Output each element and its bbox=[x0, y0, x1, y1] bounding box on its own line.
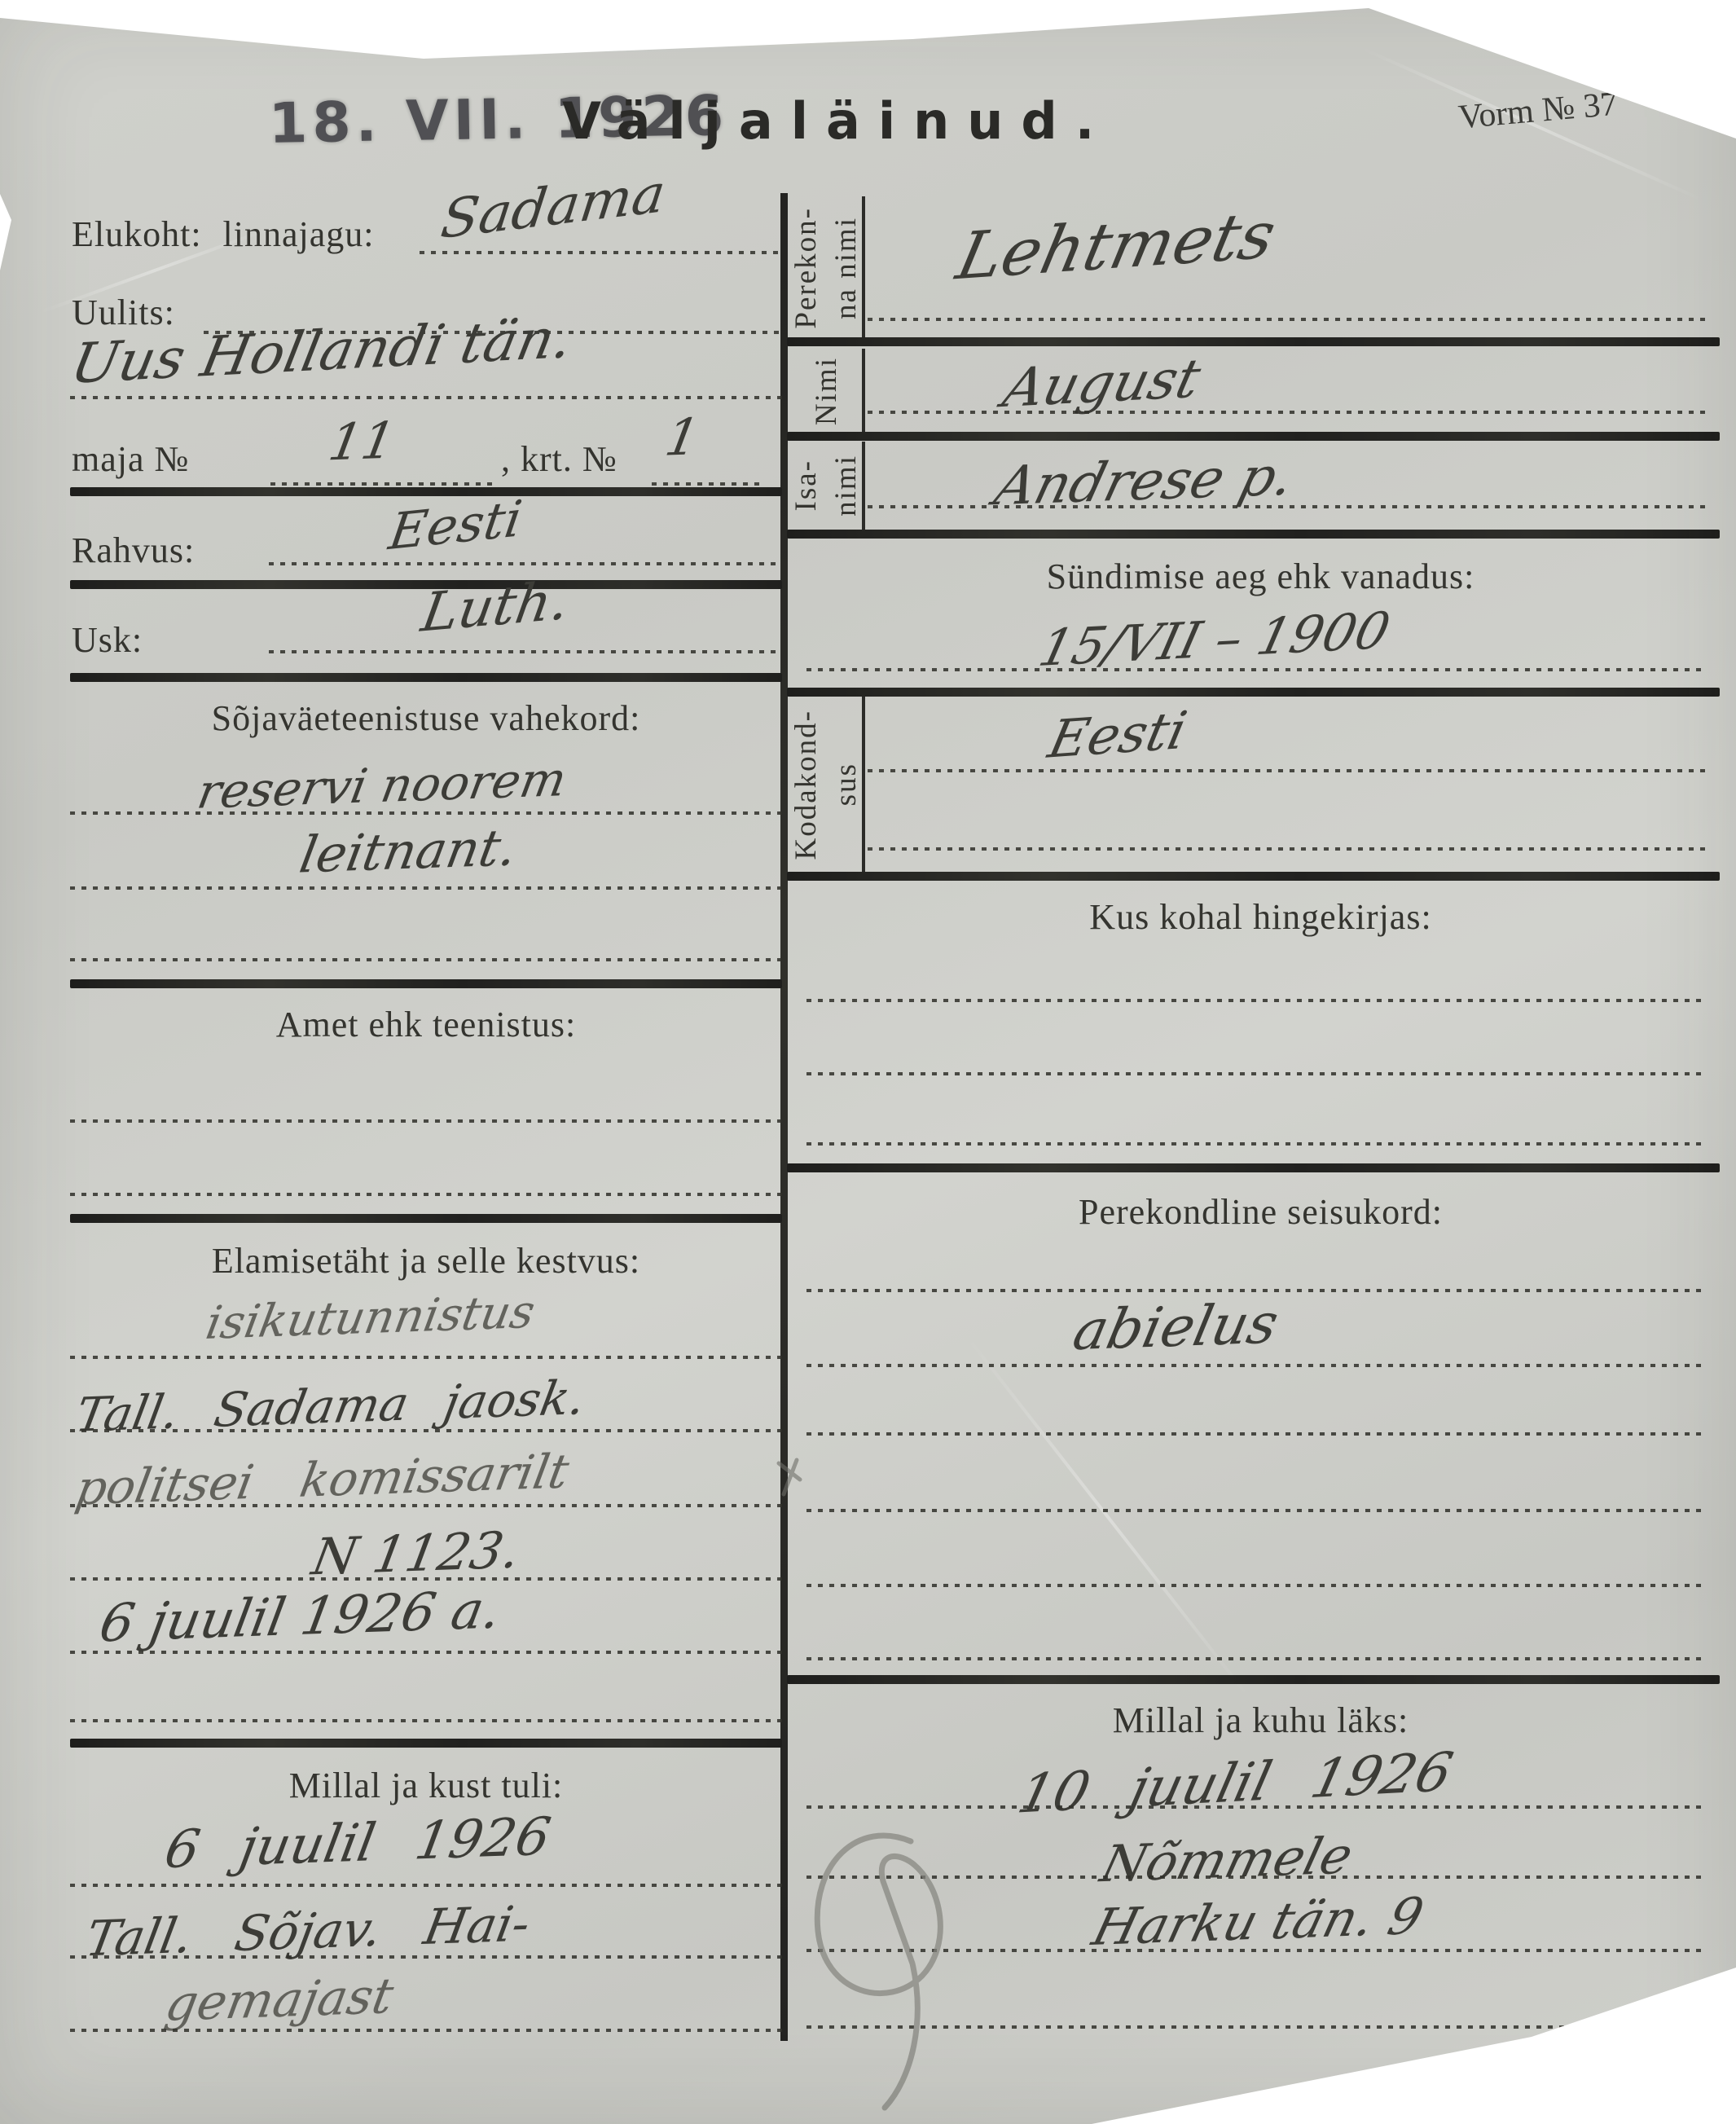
field-label-elukoht: Elukoht: linnajagu: bbox=[72, 213, 375, 255]
field-label-kodakondsus: Kodakond- sus bbox=[792, 699, 860, 870]
field-value-maja: 11 bbox=[324, 411, 399, 473]
dotted-line bbox=[269, 562, 780, 565]
field-value-sojavaeteenistus-2: leitnant. bbox=[296, 817, 521, 884]
label-divider bbox=[862, 349, 865, 433]
dotted-line bbox=[420, 251, 782, 254]
field-label-isanimi-line1: Isa- bbox=[789, 460, 824, 511]
paper-crease bbox=[966, 1336, 1250, 1698]
section-divider bbox=[787, 530, 1720, 539]
section-divider bbox=[70, 673, 782, 682]
pencil-mark bbox=[776, 1458, 808, 1496]
dotted-line bbox=[70, 1193, 782, 1196]
field-value-krt: 1 bbox=[661, 407, 704, 467]
page-title: Väljaläinud. bbox=[562, 91, 1112, 151]
field-label-perekonnanimi-line2: na nimi bbox=[828, 217, 864, 319]
field-label-isanimi-line2: nimi bbox=[828, 455, 864, 517]
section-divider bbox=[787, 432, 1720, 441]
dotted-line bbox=[806, 1142, 1707, 1146]
dotted-line bbox=[70, 1429, 782, 1432]
dotted-line bbox=[70, 1119, 782, 1123]
dotted-line bbox=[70, 396, 782, 399]
dotted-line bbox=[806, 1657, 1707, 1660]
dotted-line bbox=[269, 650, 780, 653]
dotted-line bbox=[70, 2029, 782, 2032]
dotted-line bbox=[70, 1356, 782, 1359]
dotted-line bbox=[70, 1884, 782, 1887]
field-label-maja: maja № bbox=[72, 438, 190, 480]
field-value-millal-tuli-3: gemajast bbox=[161, 1968, 398, 2033]
field-label-millal-tuli: Millal ja kust tuli: bbox=[70, 1765, 782, 1806]
field-value-sundimise-aeg: 15/VII – 1900 bbox=[1034, 600, 1396, 678]
section-divider bbox=[787, 1163, 1720, 1172]
field-value-elukoht: Sadama bbox=[437, 162, 669, 251]
dotted-line bbox=[652, 482, 764, 486]
field-value-rahvus: Eesti bbox=[385, 489, 525, 561]
field-label-perekonnanimi: Perekon- na nimi bbox=[792, 198, 860, 338]
section-divider bbox=[787, 872, 1720, 881]
dotted-line bbox=[70, 1955, 782, 1959]
field-value-millal-laks-1: 10 juulil 1926 bbox=[1012, 1740, 1458, 1825]
dotted-line bbox=[868, 505, 1707, 508]
dotted-line bbox=[70, 886, 782, 890]
field-value-sojavaeteenistus-1: reservi noorem bbox=[193, 751, 570, 820]
section-divider bbox=[70, 979, 782, 988]
field-label-kodakondsus-line1: Kodakond- bbox=[789, 710, 824, 860]
field-label-rahvus: Rahvus: bbox=[72, 530, 195, 571]
field-label-millal-laks: Millal ja kuhu läks: bbox=[802, 1700, 1719, 1741]
dotted-line bbox=[70, 958, 782, 961]
field-label-sojavaeteenistus: Sõjaväeteenistuse vahekord: bbox=[70, 697, 782, 739]
dotted-line bbox=[270, 482, 499, 486]
dotted-line bbox=[806, 668, 1707, 671]
field-label-krt: , krt. № bbox=[501, 438, 617, 480]
dotted-line bbox=[868, 411, 1707, 414]
dotted-line bbox=[806, 1289, 1707, 1292]
form-number: Vorm № 37 bbox=[1457, 85, 1619, 138]
field-label-elamisetaht: Elamisetäht ja selle kestvus: bbox=[70, 1240, 782, 1282]
field-value-kodakondsus: Eesti bbox=[1044, 701, 1193, 770]
column-divider bbox=[780, 193, 788, 2041]
field-label-perekondline: Perekondline seisukord: bbox=[802, 1191, 1719, 1233]
dotted-line bbox=[806, 1805, 1707, 1809]
dotted-line bbox=[806, 1432, 1707, 1436]
field-label-perekonnanimi-line1: Perekon- bbox=[789, 207, 824, 329]
field-label-usk: Usk: bbox=[72, 619, 143, 661]
dotted-line bbox=[70, 1504, 782, 1507]
dotted-line bbox=[806, 999, 1707, 1002]
field-label-uulits: Uulits: bbox=[72, 292, 175, 333]
field-value-millal-laks-3: Harku tän. 9 bbox=[1087, 1886, 1430, 1957]
field-value-nimi: August bbox=[997, 347, 1206, 420]
dotted-line bbox=[868, 847, 1707, 851]
field-value-millal-tuli-1: 6 juulil 1926 bbox=[160, 1807, 555, 1880]
dotted-line bbox=[70, 1577, 782, 1581]
scanned-form-page: 18. VII. 1926 Väljaläinud. Vorm № 37 Elu… bbox=[0, 0, 1736, 2124]
section-divider bbox=[787, 688, 1720, 697]
pencil-signature-scribble bbox=[789, 1813, 1057, 2114]
field-label-amet: Amet ehk teenistus: bbox=[70, 1004, 782, 1045]
field-value-perekondline: abielus bbox=[1068, 1292, 1284, 1364]
field-value-usk: Luth. bbox=[417, 569, 574, 644]
dotted-line bbox=[806, 1509, 1707, 1512]
field-label-hingekirjas: Kus kohal hingekirjas: bbox=[802, 896, 1719, 938]
dotted-line bbox=[868, 769, 1707, 772]
dotted-line bbox=[70, 1719, 782, 1722]
label-divider bbox=[862, 196, 865, 340]
section-divider bbox=[787, 1675, 1720, 1684]
section-divider bbox=[70, 1214, 782, 1223]
section-divider bbox=[70, 487, 782, 496]
field-label-isanimi: Isa- nimi bbox=[792, 443, 860, 528]
field-value-elamisetaht-1: isikutunnistus bbox=[202, 1286, 538, 1350]
label-divider bbox=[862, 697, 865, 873]
field-label-nimi-line1: Nimi bbox=[809, 357, 844, 425]
field-value-millal-laks-2: Nõmmele bbox=[1095, 1826, 1359, 1894]
dotted-line bbox=[806, 1364, 1707, 1367]
field-label-sundimise-aeg: Sündimise aeg ehk vanadus: bbox=[802, 556, 1719, 597]
field-label-nimi: Nimi bbox=[792, 350, 860, 432]
dotted-line bbox=[868, 318, 1707, 321]
dotted-line bbox=[70, 811, 782, 815]
field-value-elamisetaht-5: 6 juulil 1926 a. bbox=[95, 1581, 505, 1655]
dotted-line bbox=[806, 1584, 1707, 1587]
dotted-line bbox=[806, 1072, 1707, 1075]
section-divider bbox=[70, 1739, 782, 1748]
dotted-line bbox=[70, 1651, 782, 1654]
field-label-kodakondsus-line2: sus bbox=[828, 763, 864, 806]
paper-sheet: 18. VII. 1926 Väljaläinud. Vorm № 37 Elu… bbox=[0, 0, 1736, 2124]
section-divider bbox=[787, 337, 1720, 346]
label-divider bbox=[862, 442, 865, 530]
field-value-perekonnanimi: Lehtmets bbox=[951, 197, 1282, 294]
